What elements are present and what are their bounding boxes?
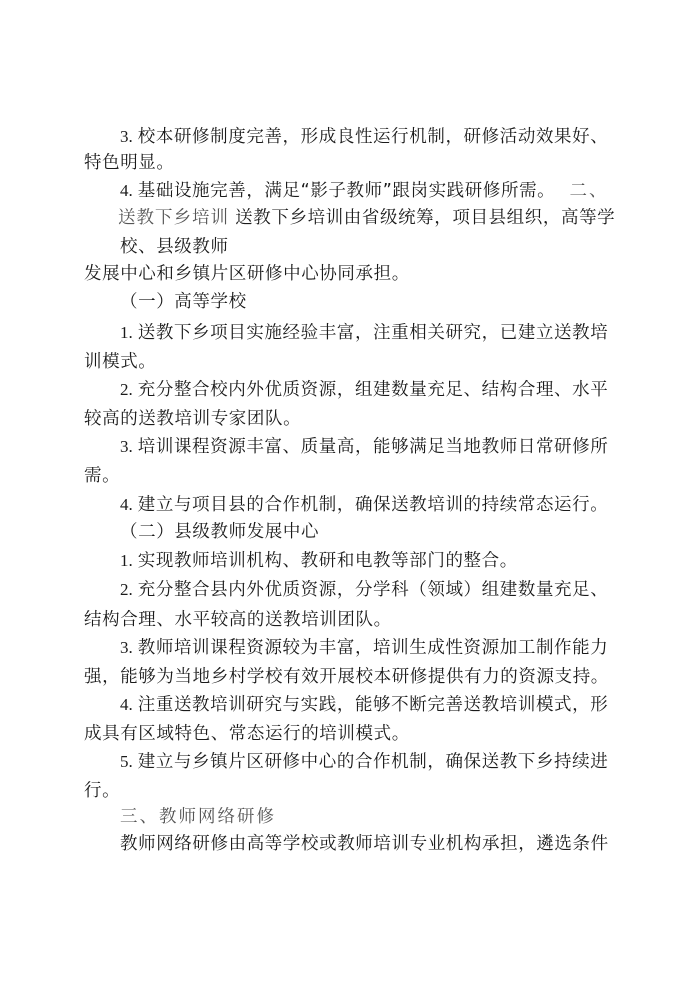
paragraph-text: 需。 (84, 466, 120, 486)
paragraph-continuation: 行。 (84, 780, 120, 802)
subsection-title: （二）县级教师发展中心 (120, 522, 319, 542)
paragraph-continuation: 成具有区域特色、常态运行的培训模式。 (84, 723, 410, 745)
list-item-school-research-3: 3.校本研修制度完善，形成良性运行机制，研修活动效果好、 (120, 126, 608, 148)
section-heading-network-research: 三、教师网络研修 (120, 806, 276, 828)
section-heading-title: 送教下乡培训 (118, 208, 229, 228)
item-number: 1. (120, 551, 133, 570)
paragraph-text: 教师培训课程资源较为丰富，培训生成性资源加工制作能力 (138, 638, 609, 658)
list-item: 4.注重送教培训研究与实践，能够不断完善送教培训模式，形 (120, 694, 608, 716)
list-item: 1.实现教师培训机构、教研和电教等部门的整合。 (120, 550, 518, 572)
item-number: 3. (120, 127, 133, 146)
subsection-title: （一）高等学校 (120, 292, 247, 312)
paragraph-start: 教师网络研修由高等学校或教师培训专业机构承担，遴选条件 (120, 833, 609, 855)
paragraph-continuation: 特色明显。 (84, 152, 175, 174)
paragraph-text: 校、县级教师 (120, 237, 229, 257)
paragraph-continuation: 较高的送教培训专家团队。 (84, 408, 301, 430)
item-number: 3. (120, 638, 133, 657)
paragraph-text: 教师网络研修由高等学校或教师培训专业机构承担，遴选条件 (120, 834, 609, 854)
paragraph-text: 培训课程资源丰富、质量高，能够满足当地教师日常研修所 (138, 437, 609, 457)
item-number: 2. (120, 380, 133, 399)
item-number: 5. (120, 752, 133, 771)
section-heading-line: 送教下乡培训 送教下乡培训由省级统筹，项目县组织，高等学 (118, 207, 615, 229)
paragraph-text: 发展中心和乡镇片区研修中心协同承担。 (84, 264, 410, 284)
section-heading-number: 二、 (569, 181, 608, 201)
paragraph-text: 训模式。 (84, 352, 156, 372)
paragraph-text: 成具有区域特色、常态运行的培训模式。 (84, 724, 410, 744)
paragraph-continuation: 校、县级教师 (120, 236, 229, 258)
document-page: 3.校本研修制度完善，形成良性运行机制，研修活动效果好、 特色明显。 4.基础设… (0, 0, 700, 994)
list-item: 2.充分整合校内外优质资源，组建数量充足、结构合理、水平 (120, 379, 608, 401)
paragraph-text: 强，能够为当地乡村学校有效开展校本研修提供有力的资源支持。 (84, 667, 609, 687)
list-item: 3.教师培训课程资源较为丰富，培训生成性资源加工制作能力 (120, 637, 608, 659)
item-number: 1. (120, 323, 133, 342)
paragraph-text: 实现教师培训机构、教研和电教等部门的整合。 (138, 551, 518, 571)
item-number: 4. (120, 495, 133, 514)
paragraph-text: 校本研修制度完善，形成良性运行机制，研修活动效果好、 (138, 127, 609, 147)
paragraph-continuation: 强，能够为当地乡村学校有效开展校本研修提供有力的资源支持。 (84, 666, 609, 688)
list-item: 4.建立与项目县的合作机制，确保送教培训的持续常态运行。 (120, 494, 608, 516)
paragraph-text: 较高的送教培训专家团队。 (84, 409, 301, 429)
list-item: 2.充分整合县内外优质资源，分学科（领域）组建数量充足、 (120, 579, 608, 601)
item-number: 3. (120, 437, 133, 456)
list-item: 3.培训课程资源丰富、质量高，能够满足当地教师日常研修所 (120, 436, 608, 458)
subsection-heading-county-center: （二）县级教师发展中心 (120, 521, 319, 543)
item-number: 4. (120, 181, 133, 200)
section-heading-title: 三、教师网络研修 (120, 807, 276, 827)
list-item: 5.建立与乡镇片区研修中心的合作机制，确保送教下乡持续进 (120, 751, 608, 773)
paragraph-continuation: 结构合理、水平较高的送教培训团队。 (84, 609, 392, 631)
paragraph-continuation: 训模式。 (84, 351, 156, 373)
subsection-heading-higher-ed: （一）高等学校 (120, 291, 247, 313)
item-number: 2. (120, 580, 133, 599)
paragraph-text: 充分整合校内外优质资源，组建数量充足、结构合理、水平 (138, 380, 609, 400)
paragraph-text: 建立与乡镇片区研修中心的合作机制，确保送教下乡持续进 (138, 752, 609, 772)
item-number: 4. (120, 695, 133, 714)
paragraph-continuation: 发展中心和乡镇片区研修中心协同承担。 (84, 263, 410, 285)
paragraph-text: 送教下乡项目实施经验丰富，注重相关研究，已建立送教培 (138, 323, 609, 343)
list-item: 1.送教下乡项目实施经验丰富，注重相关研究，已建立送教培 (120, 322, 608, 344)
paragraph-text: 送教下乡培训由省级统筹，项目县组织，高等学 (235, 208, 615, 228)
paragraph-text: 基础设施完善，满足“影子教师”跟岗实践研修所需。 (138, 181, 556, 201)
paragraph-text: 行。 (84, 781, 120, 801)
paragraph-text: 建立与项目县的合作机制，确保送教培训的持续常态运行。 (138, 495, 609, 515)
paragraph-text: 特色明显。 (84, 153, 175, 173)
list-item-facilities-4: 4.基础设施完善，满足“影子教师”跟岗实践研修所需。 二、 (120, 180, 608, 202)
paragraph-text: 注重送教培训研究与实践，能够不断完善送教培训模式，形 (138, 695, 609, 715)
paragraph-text: 结构合理、水平较高的送教培训团队。 (84, 610, 392, 630)
paragraph-continuation: 需。 (84, 465, 120, 487)
paragraph-text: 充分整合县内外优质资源，分学科（领域）组建数量充足、 (138, 580, 609, 600)
